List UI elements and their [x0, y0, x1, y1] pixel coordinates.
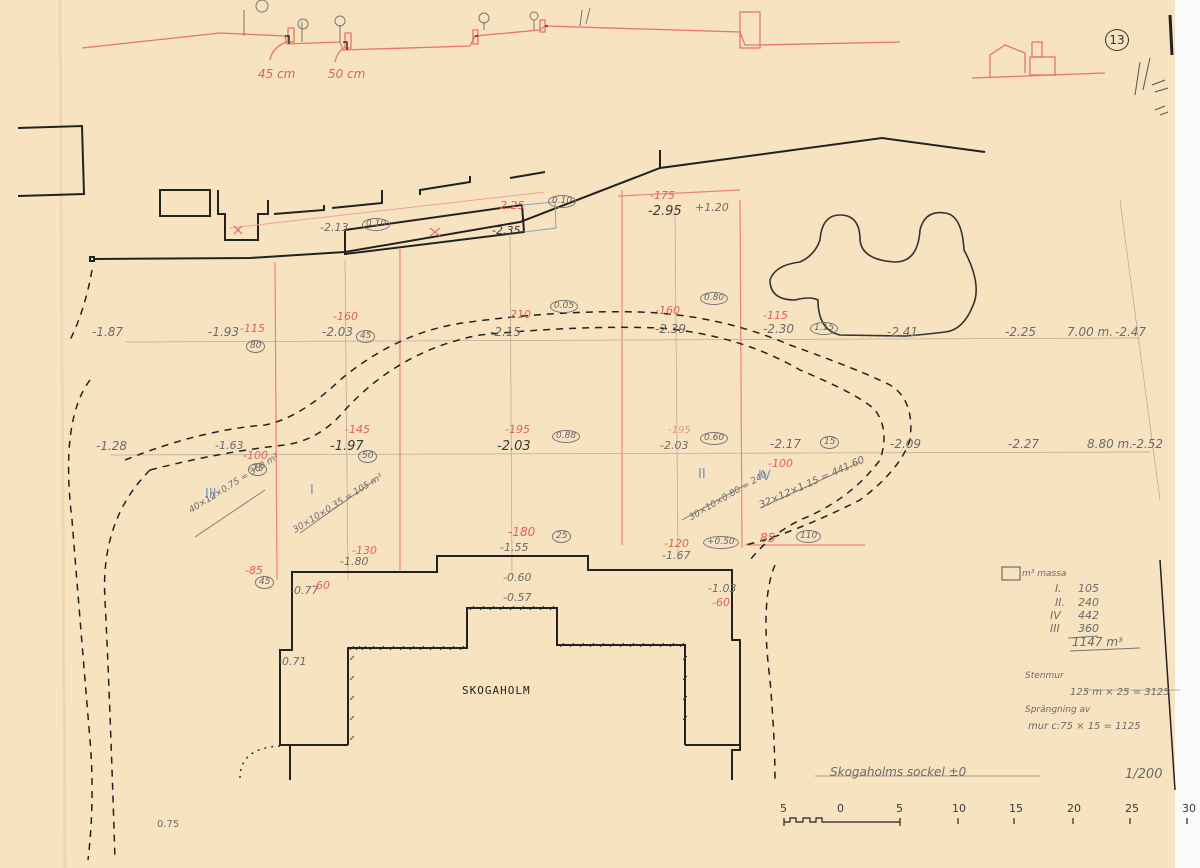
circled-value: 110 — [796, 530, 821, 543]
note-calc: mur c:75 × 15 = 1125 — [1028, 722, 1141, 732]
depth-row1: -115 — [240, 323, 265, 334]
depth-building: -60 — [712, 597, 730, 608]
elevation-row1: -2.30 — [763, 323, 794, 335]
elevation: -2.95 — [648, 205, 682, 218]
elevation-row2: -2.52 — [1132, 438, 1163, 450]
depth-row3: 85 — [760, 532, 775, 544]
distance-row2: 8.80 m. — [1087, 438, 1133, 450]
elevation-row1: -2.15 — [490, 326, 521, 338]
depth-row3: -180 — [508, 526, 535, 538]
scale-tick: 5 — [896, 803, 903, 814]
scale-tick: 15 — [1009, 803, 1023, 814]
summary-unit: m³ massa — [1022, 570, 1066, 579]
note-calc: 125 m × 25 = 3125 — [1070, 688, 1170, 698]
elevation-building: -0.57 — [503, 592, 531, 603]
elevation-row2: -2.03 — [497, 440, 531, 453]
depth-row2: -195 — [505, 424, 530, 435]
circled-value: 1.15 — [810, 322, 838, 335]
note-title: Stenmur — [1025, 672, 1064, 681]
scale-tick: 30 — [1182, 803, 1196, 814]
elevation-row2: -1.28 — [96, 440, 127, 452]
summary-roman: I. — [1055, 583, 1062, 594]
depth-row1: 210 — [510, 309, 531, 320]
summary-total: 1147 m³ — [1072, 636, 1123, 648]
circled-value: 0.60 — [700, 432, 728, 445]
elevation-building: -1.67 — [662, 550, 690, 561]
note-title: Sprängning av — [1025, 706, 1090, 715]
elevation: +1.20 — [695, 202, 729, 213]
building-name: SKOGAHOLM — [462, 684, 531, 697]
elevation-row2: -1.63 — [215, 440, 243, 451]
depth-row1: -115 — [763, 310, 788, 321]
distance-row1: 7.00 m. — [1067, 326, 1113, 338]
summary-roman: II. — [1055, 597, 1065, 608]
elevation-row2: -2.17 — [770, 438, 801, 450]
area-roman: II — [698, 468, 706, 481]
summary-roman: III — [1050, 623, 1060, 634]
elevation-row2: -2.03 — [660, 440, 688, 451]
elevation-row1: -1.87 — [92, 326, 123, 338]
summary-roman: IV — [1050, 610, 1061, 621]
datum-note: Skogaholms sockel ±0 — [830, 766, 966, 778]
depth-building: -60 — [312, 580, 330, 591]
depth: -175 — [650, 190, 675, 201]
drawing-sheet: 13 45 cm 50 cm -2.13 -2.35 2.25 -175 -2.… — [0, 0, 1200, 868]
depth-row1: -160 — [655, 305, 680, 316]
summary-value: 240 — [1078, 597, 1099, 608]
site-plan-drawing — [0, 0, 1200, 868]
depth-row3: -120 — [664, 538, 689, 549]
summary-value: 360 — [1078, 623, 1099, 634]
area-roman: IV — [758, 470, 771, 483]
elevation-row1: -2.39 — [655, 323, 686, 335]
elevation-building: -1.03 — [708, 583, 736, 594]
elevation-row1: -2.03 — [322, 326, 353, 338]
scale-tick: 20 — [1067, 803, 1081, 814]
elevation-row1: -2.41 — [887, 326, 918, 338]
elevation-row1: -1.93 — [208, 326, 239, 338]
scale-tick: 25 — [1125, 803, 1139, 814]
step-label-45: 45 cm — [258, 68, 295, 80]
sheet-number-badge: 13 — [1105, 29, 1129, 51]
step-label-50: 50 cm — [328, 68, 365, 80]
depth-row1: -160 — [333, 311, 358, 322]
elevation-row1: -2.47 — [1115, 326, 1146, 338]
scale-tick: 10 — [952, 803, 966, 814]
circled-value: +0.50 — [703, 536, 739, 549]
depth-row2: -145 — [345, 424, 370, 435]
circled-value: 0.05 — [550, 300, 578, 313]
circled-value: 0.10 — [548, 195, 576, 208]
summary-value: 105 — [1078, 583, 1099, 594]
elevation: -2.13 — [320, 222, 348, 233]
elevation-row2: -2.09 — [890, 438, 921, 450]
elevation-building: -0.71 — [278, 656, 306, 667]
circled-value: 0.80 — [700, 292, 728, 305]
elevation-building: -1.80 — [340, 556, 368, 567]
elevation-row2: -1.97 — [330, 440, 364, 453]
circled-value: 0.88 — [552, 430, 580, 443]
elevation-row1: -2.25 — [1005, 326, 1036, 338]
depth-row2: -195 — [668, 426, 691, 436]
elevation: -2.35 — [492, 225, 520, 236]
corner-note: 0.75 — [157, 820, 179, 830]
elevation-building: -1.55 — [500, 542, 528, 553]
summary-value: 442 — [1078, 610, 1099, 621]
elevation-row2: -2.27 — [1008, 438, 1039, 450]
depth-row2: -100 — [768, 458, 793, 469]
scale-tick: 0 — [837, 803, 844, 814]
scale-ratio: 1/200 — [1125, 768, 1162, 781]
scale-tick: 5 — [780, 803, 787, 814]
elevation-building: -0.60 — [503, 572, 531, 583]
area-roman: I — [310, 484, 314, 497]
depth: 2.25 — [500, 200, 525, 211]
circled-value: 0.10 — [362, 218, 390, 231]
depth-row3: -85 — [245, 565, 263, 576]
